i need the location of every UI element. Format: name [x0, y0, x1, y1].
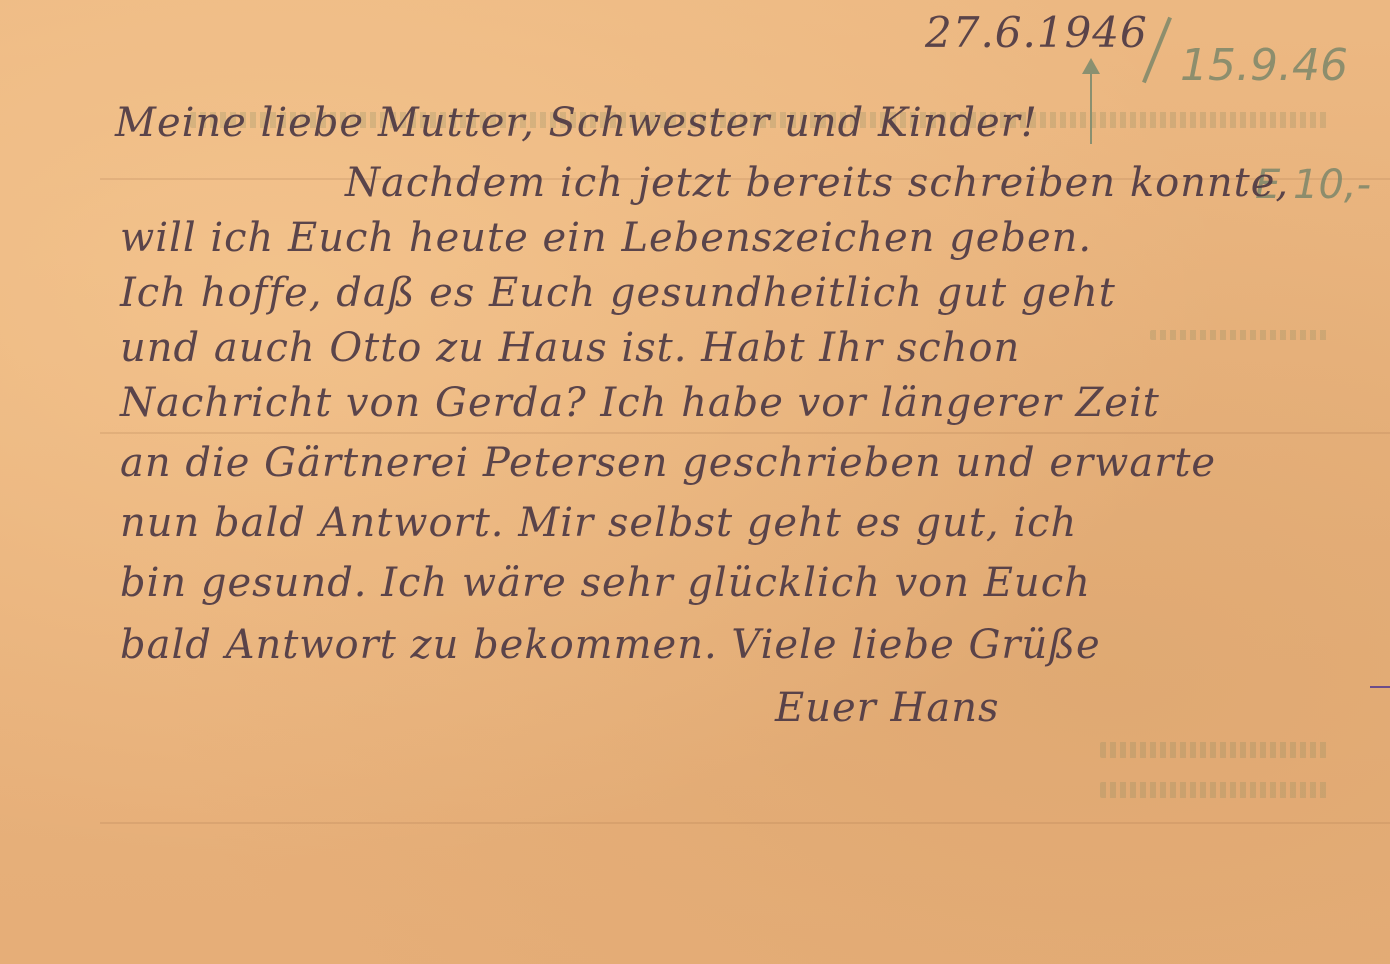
body-line: Nachdem ich jetzt bereits schreiben konn…: [345, 160, 1289, 206]
pencil-arrow-icon: [1090, 62, 1092, 144]
body-line: will ich Euch heute ein Lebenszeichen ge…: [120, 215, 1092, 261]
faint-printed-text: [1100, 742, 1330, 758]
postcard: 27.6.1946 15.9.46 E 10,- Meine liebe Mut…: [0, 0, 1390, 964]
body-line: bald Antwort zu bekommen. Viele liebe Gr…: [120, 622, 1101, 668]
fold-line: [100, 432, 1390, 434]
edge-ink-mark: [1370, 686, 1390, 688]
body-line: und auch Otto zu Haus ist. Habt Ihr scho…: [120, 325, 1020, 371]
faint-printed-text: [1150, 330, 1330, 340]
body-line: an die Gärtnerei Petersen geschrieben un…: [120, 440, 1216, 486]
signature: Euer Hans: [775, 685, 1000, 731]
pencil-received-date: 15.9.46: [1180, 40, 1348, 91]
body-line: nun bald Antwort. Mir selbst geht es gut…: [120, 500, 1077, 546]
letter-date: 27.6.1946: [925, 8, 1148, 57]
body-line: Nachricht von Gerda? Ich habe vor länger…: [120, 380, 1160, 426]
fold-line: [100, 822, 1390, 824]
salutation: Meine liebe Mutter, Schwester und Kinder…: [115, 100, 1038, 146]
body-line: Ich hoffe, daß es Euch gesundheitlich gu…: [120, 270, 1116, 316]
body-line: bin gesund. Ich wäre sehr glücklich von …: [120, 560, 1091, 606]
faint-printed-text: [1100, 782, 1330, 798]
